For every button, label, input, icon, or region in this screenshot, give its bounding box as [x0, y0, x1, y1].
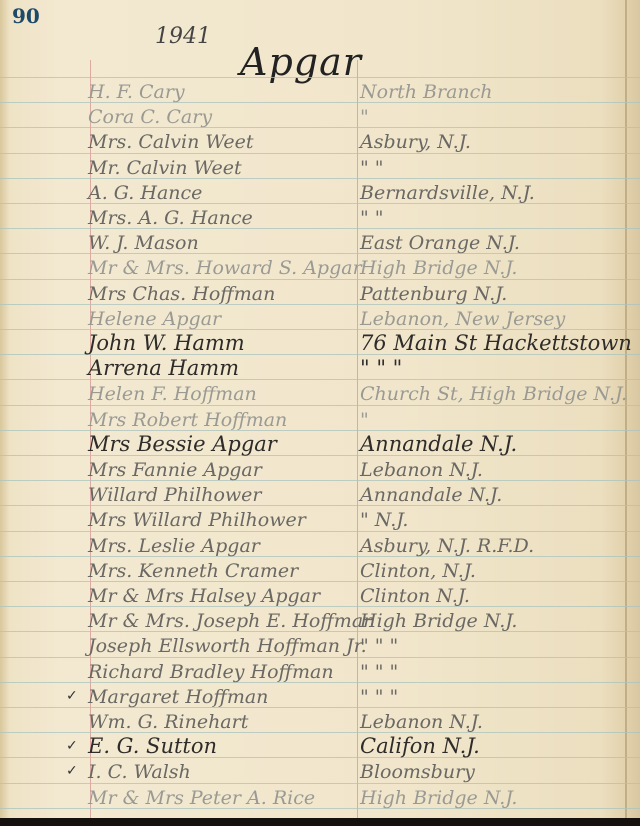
entry-address: 76 Main St Hackettstown	[360, 331, 632, 355]
entry-address: Bernardsville, N.J.	[360, 182, 535, 204]
register-entry: ✓E. G. SuttonCalifon N.J.	[0, 735, 640, 760]
entry-name: Cora C. Cary	[88, 106, 212, 128]
entry-name: Joseph Ellsworth Hoffman Jr.	[88, 635, 367, 657]
entry-address: Church St, High Bridge N.J.	[360, 383, 627, 405]
entry-address: " N.J.	[360, 509, 408, 531]
register-entry: Cora C. Cary"	[0, 105, 640, 130]
register-entry: H. F. CaryNorth Branch	[0, 80, 640, 105]
scan-bottom-edge	[0, 818, 640, 826]
register-entry: Joseph Ellsworth Hoffman Jr." " "	[0, 634, 640, 659]
entry-address: Pattenburg N.J.	[360, 283, 507, 305]
entry-address: Asbury, N.J. R.F.D.	[360, 535, 534, 557]
checkmark-icon: ✓	[66, 763, 78, 779]
entry-name: Mr & Mrs Halsey Apgar	[88, 585, 320, 607]
entry-name: I. C. Walsh	[88, 761, 191, 783]
register-entry: Mr & Mrs. Joseph E. HoffmanHigh Bridge N…	[0, 609, 640, 634]
register-entry: Mr & Mrs Peter A. RiceHigh Bridge N.J.	[0, 786, 640, 811]
register-entry: Arrena Hamm" " "	[0, 357, 640, 382]
entry-address: "	[360, 106, 369, 128]
entry-address: East Orange N.J.	[360, 232, 520, 254]
entry-address: " " "	[360, 635, 398, 657]
register-entry: Mrs Robert Hoffman"	[0, 408, 640, 433]
entry-address: High Bridge N.J.	[360, 787, 517, 809]
entry-address: High Bridge N.J.	[360, 257, 517, 279]
register-entry: Helen F. HoffmanChurch St, High Bridge N…	[0, 382, 640, 407]
register-entry: Mrs Fannie ApgarLebanon N.J.	[0, 458, 640, 483]
ruled-line	[0, 77, 640, 78]
entry-name: Mr & Mrs. Howard S. Apgar	[88, 257, 362, 279]
register-entry: Mr & Mrs Halsey ApgarClinton N.J.	[0, 584, 640, 609]
entry-address: Clinton N.J.	[360, 585, 470, 607]
entry-name: Arrena Hamm	[88, 356, 239, 380]
register-entry: Mr. Calvin Weet" "	[0, 156, 640, 181]
entry-address: " "	[360, 207, 384, 229]
entry-address: High Bridge N.J.	[360, 610, 517, 632]
entry-address: " " "	[360, 661, 398, 683]
checkmark-icon: ✓	[66, 738, 78, 754]
entry-address: Bloomsbury	[360, 761, 475, 783]
entry-address: " " "	[360, 356, 402, 380]
entry-address: "	[360, 409, 369, 431]
register-entry: ✓I. C. WalshBloomsbury	[0, 760, 640, 785]
entry-name: Mrs. A. G. Hance	[88, 207, 253, 229]
entry-address: Annandale N.J.	[360, 484, 502, 506]
register-entry: Richard Bradley Hoffman" " "	[0, 660, 640, 685]
entry-address: " "	[360, 157, 384, 179]
register-entry: Mrs. Leslie ApgarAsbury, N.J. R.F.D.	[0, 534, 640, 559]
entry-address: Asbury, N.J.	[360, 131, 471, 153]
year-heading: 1941	[155, 24, 211, 49]
register-entry: A. G. HanceBernardsville, N.J.	[0, 181, 640, 206]
entry-name: Mrs Robert Hoffman	[88, 409, 287, 431]
entry-name: John W. Hamm	[88, 331, 245, 355]
entry-name: W. J. Mason	[88, 232, 199, 254]
entry-name: Willard Philhower	[88, 484, 261, 506]
register-entry: Mrs Bessie ApgarAnnandale N.J.	[0, 433, 640, 458]
register-entry: Mrs. Calvin WeetAsbury, N.J.	[0, 130, 640, 155]
register-page: 90 1941 Apgar H. F. CaryNorth BranchCora…	[0, 0, 640, 818]
register-entry: John W. Hamm76 Main St Hackettstown	[0, 332, 640, 357]
entry-name: Mrs Willard Philhower	[88, 509, 306, 531]
entry-name: Helen F. Hoffman	[88, 383, 257, 405]
register-entry: Wm. G. RinehartLebanon N.J.	[0, 710, 640, 735]
entry-address: " " "	[360, 686, 398, 708]
entry-name: Wm. G. Rinehart	[88, 711, 248, 733]
entry-name: Margaret Hoffman	[88, 686, 268, 708]
register-entry: Mrs. A. G. Hance" "	[0, 206, 640, 231]
entry-name: H. F. Cary	[88, 81, 185, 103]
entry-address: Lebanon N.J.	[360, 711, 483, 733]
register-entry: W. J. MasonEast Orange N.J.	[0, 231, 640, 256]
register-entry: Mrs Chas. HoffmanPattenburg N.J.	[0, 282, 640, 307]
entry-name: A. G. Hance	[88, 182, 202, 204]
register-entry: Mrs Willard Philhower" N.J.	[0, 508, 640, 533]
entry-name: Mr & Mrs. Joseph E. Hoffman	[88, 610, 375, 632]
entry-name: Mrs Bessie Apgar	[88, 432, 277, 456]
entry-name: Mr. Calvin Weet	[88, 157, 242, 179]
entry-name: Mrs Fannie Apgar	[88, 459, 262, 481]
entry-address: Annandale N.J.	[360, 432, 517, 456]
entry-name: Mr & Mrs Peter A. Rice	[88, 787, 315, 809]
entry-name: Richard Bradley Hoffman	[88, 661, 334, 683]
entry-address: Clinton, N.J.	[360, 560, 476, 582]
entry-name: Mrs Chas. Hoffman	[88, 283, 275, 305]
register-entry: Mrs. Kenneth CramerClinton, N.J.	[0, 559, 640, 584]
entry-name: Mrs. Calvin Weet	[88, 131, 254, 153]
entry-name: Mrs. Leslie Apgar	[88, 535, 260, 557]
entry-address: North Branch	[360, 81, 493, 103]
register-entry: Willard PhilhowerAnnandale N.J.	[0, 483, 640, 508]
entry-name: Mrs. Kenneth Cramer	[88, 560, 298, 582]
register-entry: Mr & Mrs. Howard S. ApgarHigh Bridge N.J…	[0, 256, 640, 281]
checkmark-icon: ✓	[66, 688, 78, 704]
entry-address: Lebanon, New Jersey	[360, 308, 565, 330]
entry-name: E. G. Sutton	[88, 734, 217, 758]
page-number: 90	[12, 4, 40, 28]
register-entry: Helene ApgarLebanon, New Jersey	[0, 307, 640, 332]
entry-address: Califon N.J.	[360, 734, 480, 758]
entry-name: Helene Apgar	[88, 308, 221, 330]
entry-address: Lebanon N.J.	[360, 459, 483, 481]
register-entry: ✓Margaret Hoffman" " "	[0, 685, 640, 710]
